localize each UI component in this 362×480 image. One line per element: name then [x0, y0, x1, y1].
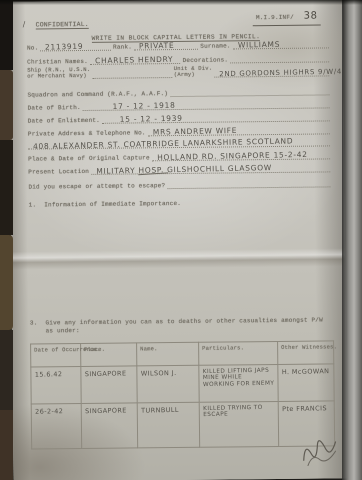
- row-no-rank-surname: No. 2113919 Rank. PRIVATE Surname. WILLI…: [27, 39, 329, 51]
- rank-value: PRIVATE: [139, 41, 175, 51]
- section-3: 3. Give any information you can as to de…: [30, 316, 330, 335]
- squadron-entry: [170, 86, 329, 97]
- column-particulars: Particulars.: [199, 341, 278, 365]
- cell-name: WILSON J.: [137, 365, 200, 403]
- unit-label: Unit & Div. (Army): [174, 66, 213, 78]
- torn-page-edge: [0, 235, 13, 330]
- present-location-label: Present Location: [28, 168, 89, 176]
- row-escape-question: Did you escape or attempt to escape?: [28, 178, 330, 190]
- torn-page-edge: [0, 330, 13, 410]
- present-location-entry: MILITARY HOSP. GILSHOCHILL GLASGOW: [91, 163, 330, 175]
- section-3-text: Give any information you can as to death…: [45, 316, 330, 335]
- cell-place: SINGAPORE: [81, 366, 138, 404]
- no-entry: 2113919: [40, 42, 111, 52]
- surname-value: WILLIAMS: [238, 40, 280, 50]
- decorations-label: Decorations.: [183, 56, 229, 63]
- row-present-location: Present Location MILITARY HOSP. GILSHOCH…: [28, 163, 330, 175]
- reference-typed: M.I.9.INF/: [256, 14, 294, 21]
- signature-squiggle: [296, 430, 344, 472]
- column-name: Name.: [137, 342, 199, 366]
- date-of-enlistment-label: Date of Enlistment.: [28, 117, 100, 125]
- column-date-of-occurrence: Date of Occurrence.: [31, 344, 81, 368]
- address-value-2: 408 ALEXANDER ST. COATBRIDGE LANARKSHIRE…: [33, 136, 293, 150]
- row-date-of-enlistment: Date of Enlistment. 15 - 12 - 1939: [28, 112, 330, 124]
- torn-page-edge: [0, 0, 13, 70]
- unit-value: 2ND GORDONS HIGHRS 9/W/4: [219, 68, 342, 79]
- cell-place: SINGAPORE: [81, 403, 138, 449]
- row-date-of-birth: Date of Birth. 17 - 12 - 1918: [28, 99, 330, 111]
- address-entry-1: MRS ANDREW WIFE: [148, 125, 330, 136]
- cell-particulars: KILLED TRYING TO ESCAPE: [199, 401, 279, 448]
- row-capture: Place & Date of Original Capture HOLLAND…: [28, 150, 330, 162]
- torn-page-edge: [0, 70, 13, 140]
- date-of-birth-label: Date of Birth.: [28, 104, 81, 112]
- paper-crease: [11, 248, 345, 269]
- casualty-table-header-row: Date of Occurrence. Place. Name. Particu…: [31, 341, 334, 367]
- cell-name: TURNBULL: [137, 402, 200, 448]
- decorations-entry: [230, 53, 329, 63]
- rank-label: Rank.: [113, 43, 132, 50]
- date-of-birth-entry: 17 - 12 - 1918: [83, 99, 330, 111]
- christian-names-entry: CHARLES HENDRY: [90, 55, 181, 65]
- reference-number: M.I.9.INF/ 38: [253, 5, 321, 26]
- column-place: Place.: [81, 343, 137, 367]
- row-address-continued: 408 ALEXANDER ST. COATBRIDGE LANARKSHIRE…: [28, 137, 330, 149]
- row-christian-decorations: Christian Names. CHARLES HENDRY Decorati…: [27, 53, 329, 65]
- table-row: 15.6.42 SINGAPORE WILSON J. KILLED LIFTI…: [31, 364, 334, 404]
- christian-names-value: CHARLES HENDRY: [95, 55, 173, 66]
- escape-label: Did you escape or attempt to escape?: [28, 182, 165, 190]
- binding-edge: [0, 0, 13, 480]
- unit-entry: 2ND GORDONS HIGHRS 9/W/4: [214, 67, 329, 77]
- table-row: 26-2-42 SINGAPORE TURNBULL KILLED TRYING…: [31, 401, 334, 449]
- capture-entry: HOLLAND RD. SINGAPORE 15-2-42: [152, 150, 330, 161]
- squadron-label: Squadron and Command (R.A.F., A.A.F.): [27, 90, 168, 98]
- address-label: Private Address & Telephone No.: [28, 129, 146, 137]
- cell-date: 15.6.42: [31, 366, 82, 404]
- section-1-number: 1.: [29, 201, 37, 208]
- no-value: 2113919: [45, 42, 83, 52]
- surname-entry: WILLIAMS: [233, 39, 329, 49]
- capture-label: Place & Date of Original Capture: [28, 154, 150, 162]
- document-photo: / CONFIDENTIAL. M.I.9.INF/ 38 WRITE IN B…: [0, 0, 362, 480]
- surname-label: Surname.: [200, 42, 230, 49]
- date-of-enlistment-entry: 15 - 12 - 1939: [102, 112, 330, 123]
- address-value-1: MRS ANDREW WIFE: [153, 126, 237, 137]
- present-location-value: MILITARY HOSP. GILSHOCHILL GLASGOW: [96, 163, 272, 176]
- no-label: No.: [27, 44, 38, 51]
- row-ship-unit: Ship (R.N., U.S.N. or Merchant Navy) Uni…: [27, 64, 329, 79]
- reference-handwritten: 38: [303, 11, 317, 22]
- ship-entry: [92, 69, 172, 79]
- cell-witnesses: H. McGOWAN: [278, 364, 335, 402]
- section-3-number: 3.: [30, 319, 38, 335]
- escape-entry: [167, 178, 330, 189]
- christian-names-label: Christian Names.: [27, 58, 88, 66]
- photo-top-shadow: [0, 0, 362, 5]
- column-other-witnesses: Other Witnesses.: [278, 341, 334, 365]
- cell-date: 26-2-42: [31, 403, 82, 449]
- torn-page-edge: [0, 140, 13, 235]
- address-entry-2: 408 ALEXANDER ST. COATBRIDGE LANARKSHIRE…: [28, 137, 330, 149]
- cell-particulars: KILLED LIFTING JAPS MINE WHILE WORKING F…: [199, 364, 279, 403]
- casualty-table: Date of Occurrence. Place. Name. Particu…: [30, 340, 335, 449]
- section-1-text: Information of Immediate Importance.: [44, 200, 181, 208]
- capture-value: HOLLAND RD. SINGAPORE 15-2-42: [157, 150, 308, 162]
- page-edge-shadow: [342, 0, 362, 480]
- rank-entry: PRIVATE: [134, 41, 198, 51]
- torn-page-edge: [0, 410, 13, 480]
- section-1: 1. Information of Immediate Importance.: [29, 198, 329, 208]
- form-page: / CONFIDENTIAL. M.I.9.INF/ 38 WRITE IN B…: [8, 0, 347, 480]
- date-of-birth-value: 17 - 12 - 1918: [113, 101, 176, 111]
- ship-label: Ship (R.N., U.S.N. or Merchant Navy): [27, 67, 90, 80]
- row-squadron: Squadron and Command (R.A.F., A.A.F.): [27, 86, 329, 98]
- date-of-enlistment-value: 15 - 12 - 1939: [120, 114, 183, 124]
